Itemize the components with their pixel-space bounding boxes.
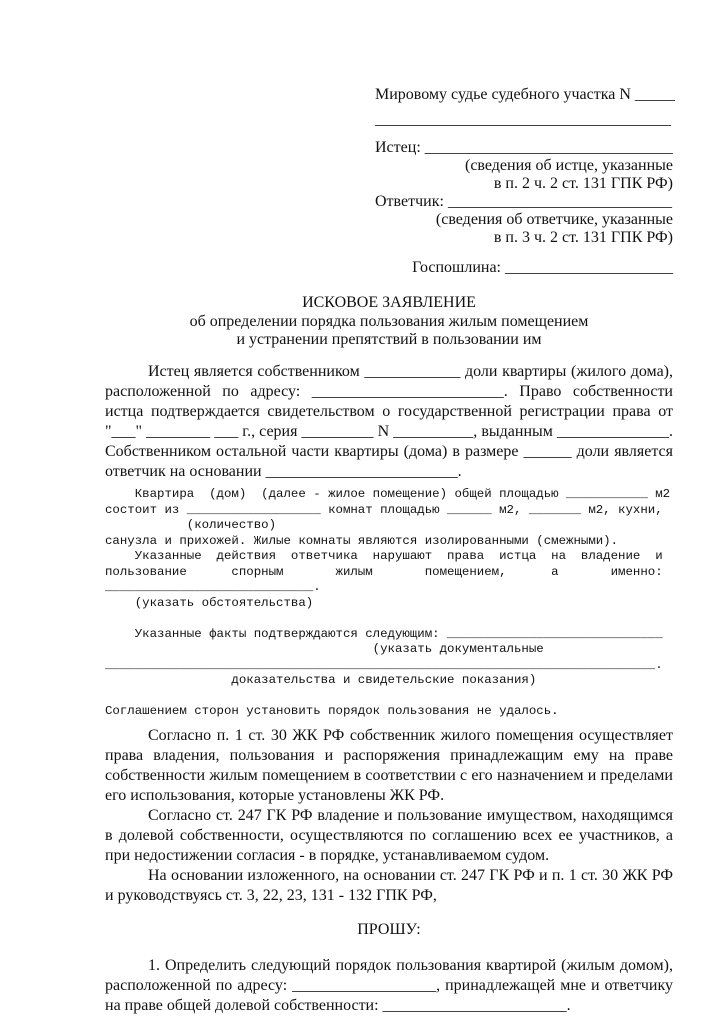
plaintiff-note-1: (сведения об истце, указанные — [375, 157, 673, 175]
court-header-block: Мировому судье судебного участка N _____… — [375, 86, 673, 277]
request-heading: ПРОШУ: — [105, 920, 673, 940]
document-page: Мировому судье судебного участка N _____… — [0, 0, 725, 1024]
plaintiff-note-2: в п. 2 ч. 2 ст. 131 ГПК РФ) — [375, 175, 673, 193]
fee-label: Госпошлина: — [412, 259, 505, 276]
spacer — [375, 247, 673, 259]
intro-paragraph: Истец является собственником ___________… — [105, 362, 673, 482]
apartment-details-form-block: Квартира (дом) (далее - жилое помещение)… — [105, 487, 673, 720]
document-title-block: ИСКОВОЕ ЗАЯВЛЕНИЕ об определении порядка… — [105, 293, 673, 349]
defendant-underline: ____________________________ — [448, 193, 672, 210]
fee-underline: _____________________ — [505, 259, 673, 276]
plaintiff-label: Истец: — [375, 139, 425, 156]
defendant-line: Ответчик: ____________________________ — [375, 193, 673, 211]
document-subtitle-1: об определении порядка пользования жилым… — [105, 313, 673, 331]
spacer — [375, 104, 673, 111]
court-line: Мировому судье судебного участка N _____ — [375, 86, 673, 104]
defendant-note-2: в п. 3 ч. 2 ст. 131 ГПК РФ) — [375, 229, 673, 247]
defendant-note-1: (сведения об ответчике, указанные — [375, 211, 673, 229]
court-underline: _____________________________________ — [375, 111, 673, 129]
spacer — [375, 129, 673, 139]
legal-basis-paragraph-2: Согласно ст. 247 ГК РФ владение и пользо… — [105, 806, 673, 866]
defendant-label: Ответчик: — [375, 193, 448, 210]
request-item-1: 1. Определить следующий порядок пользова… — [105, 956, 673, 1016]
fee-line: Госпошлина: _____________________ — [375, 259, 673, 277]
plaintiff-underline: _______________________________ — [425, 139, 673, 156]
conclusion-paragraph: На основании изложенного, на основании с… — [105, 866, 673, 906]
document-subtitle-2: и устранении препятствий в пользовании и… — [105, 331, 673, 349]
legal-basis-paragraph-1: Согласно п. 1 ст. 30 ЖК РФ собственник ж… — [105, 726, 673, 806]
document-title: ИСКОВОЕ ЗАЯВЛЕНИЕ — [105, 293, 673, 313]
plaintiff-line: Истец: _______________________________ — [375, 139, 673, 157]
